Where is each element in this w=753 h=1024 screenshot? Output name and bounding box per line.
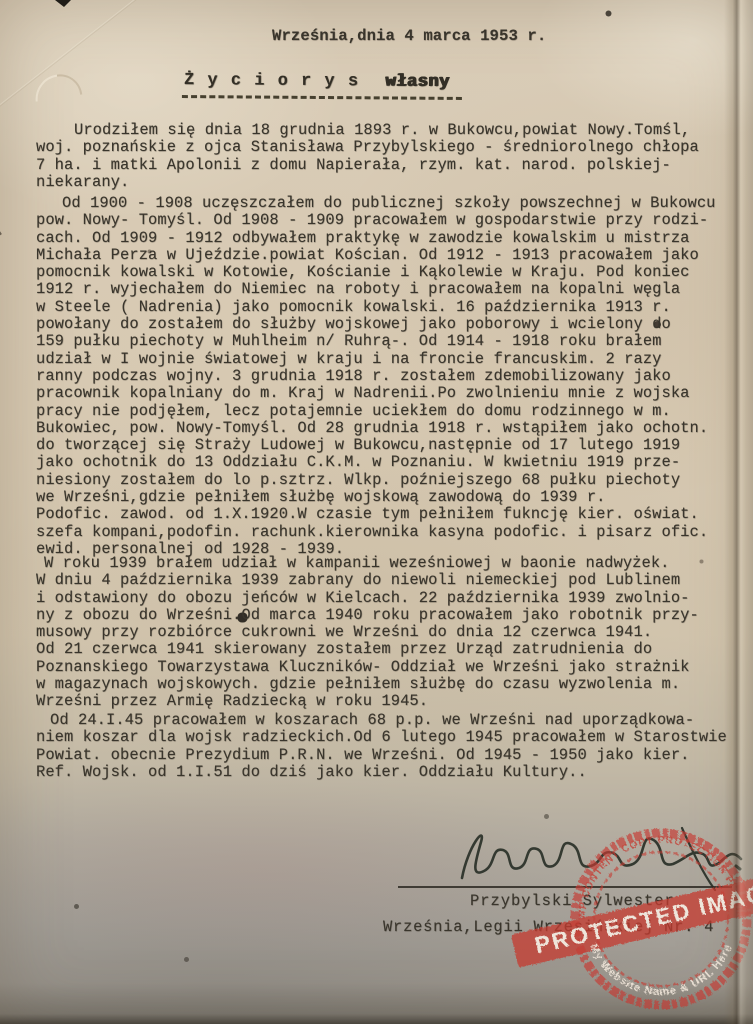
top-edge-tear-mark	[55, 0, 71, 7]
title-text: Ż y c i o r y s	[184, 71, 360, 91]
left-margin-pen-mark	[0, 185, 22, 241]
paragraph-education-service: Od 1900 - 1908 uczęszczałem do publiczne…	[36, 195, 716, 558]
scanned-document-page: Września,dnia 4 marca 1953 r. Ż y c i o …	[0, 0, 753, 1024]
title-emphasis-word: własny	[385, 72, 449, 91]
paragraph-war-1939-1945: W roku 1939 brałem udział w kampanii wez…	[36, 555, 699, 711]
paragraph-postwar-work: Od 24.I.45 pracowałem w koszarach 68 p.p…	[36, 712, 727, 781]
dateline: Września,dnia 4 marca 1953 r.	[272, 28, 546, 45]
stamp-arc-bottom-text: My Website Name & URL Here	[587, 942, 735, 998]
document-title: Ż y c i o r y swłasny	[182, 71, 462, 100]
paragraph-birth-family: Urodziłem się dnia 18 grudnia 1893 r. w …	[36, 122, 699, 191]
ink-specks	[0, 0, 3, 3]
protection-stamp: WP CONTENT COPY PROTECTION PLUGIN PROTEC…	[556, 822, 753, 1022]
